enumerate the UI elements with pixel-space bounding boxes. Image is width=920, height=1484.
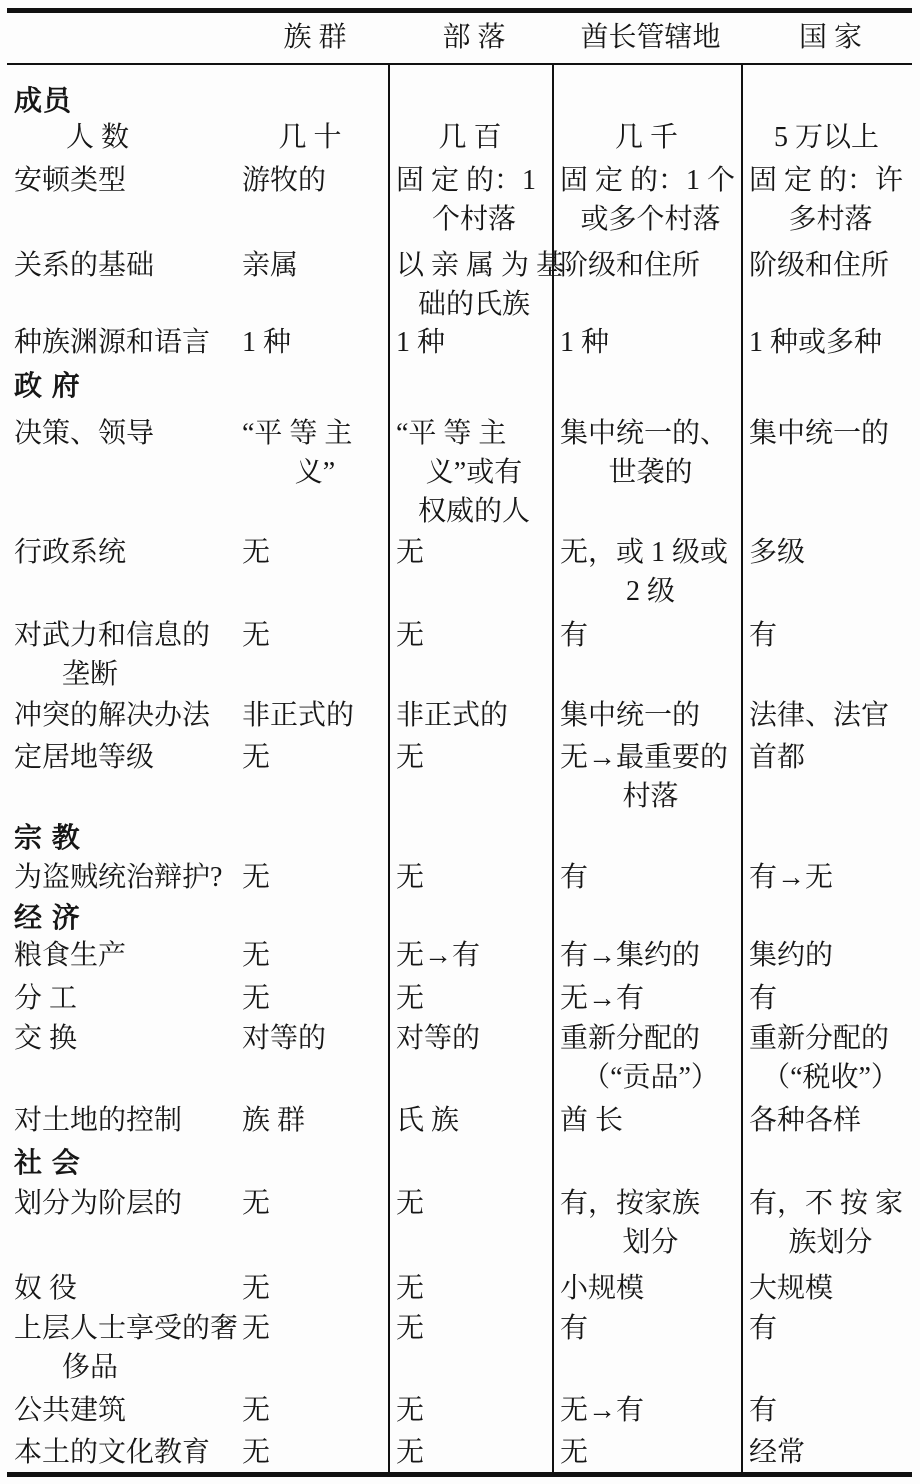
table-top-rule xyxy=(7,8,912,13)
section-label: 成员 xyxy=(14,81,232,120)
cell-tribe: 无 xyxy=(388,1391,552,1430)
table-row-settlement: 安顿类型 游牧的 固 定 的：1个村落 固 定 的：1 个或多个村落 固 定 的… xyxy=(14,161,912,239)
section-label: 经 济 xyxy=(14,898,232,937)
row-label: 决策、领导 xyxy=(14,414,232,531)
cell-tribe: 非正式的 xyxy=(388,696,552,735)
cell-tribe: 无 xyxy=(388,1184,552,1262)
table-row-conflict-resolution: 冲突的解决办法 非正式的 非正式的 集中统一的 法律、法官 xyxy=(14,696,912,735)
cell-state: 重新分配的（“税收”） xyxy=(741,1019,912,1097)
table-row-exchange: 交 换 对等的 对等的 重新分配的（“贡品”） 重新分配的（“税收”） xyxy=(14,1019,912,1097)
cell-tribe: 无 xyxy=(388,1309,552,1387)
table-row-indigenous-literacy: 本土的文化教育 无 无 无 经常 xyxy=(14,1433,912,1472)
cell-tribe: 1 种 xyxy=(388,323,552,362)
cell-state: 5 万以上 xyxy=(741,118,912,157)
cell-band: 对等的 xyxy=(232,1019,388,1097)
cell-tribe: 几 百 xyxy=(388,118,552,157)
cell-state: 大规模 xyxy=(741,1269,912,1308)
cell-tribe: 无 xyxy=(388,616,552,694)
table-row-monopoly-force: 对武力和信息的垄断 无 无 有 有 xyxy=(14,616,912,694)
cell-band: 无 xyxy=(232,1184,388,1262)
cell-chiefdom: 1 种 xyxy=(552,323,741,362)
cell-chiefdom: 无，或 1 级或2 级 xyxy=(552,533,741,611)
row-label: 人 数 xyxy=(14,118,232,157)
table-row-kleptocracy: 为盗贼统治辩护? 无 无 有 有→无 xyxy=(14,858,912,897)
cell-tribe: 无 xyxy=(388,1269,552,1308)
cell-tribe: 固 定 的：1个村落 xyxy=(388,161,552,239)
cell-state: 集约的 xyxy=(741,936,912,975)
cell-band: 无 xyxy=(232,979,388,1018)
comparison-table: 族 群 部 落 酋长管辖地 国 家 成员 人 数 几 十 几 百 几 千 5 万… xyxy=(0,0,920,1484)
cell-band: 无 xyxy=(232,616,388,694)
column-header-tribe: 部 落 xyxy=(388,18,552,57)
cell-tribe: 无 xyxy=(388,979,552,1018)
table-row-population: 人 数 几 十 几 百 几 千 5 万以上 xyxy=(14,118,912,157)
table-row-land-control: 对土地的控制 族 群 氏 族 酋 长 各种各样 xyxy=(14,1101,912,1140)
cell-tribe: 以 亲 属 为 基础的氏族 xyxy=(388,246,552,324)
cell-state: 有 xyxy=(741,1391,912,1430)
cell-tribe: 无 xyxy=(388,858,552,897)
cell-state: 固 定 的：许多村落 xyxy=(741,161,912,239)
cell-band: 非正式的 xyxy=(232,696,388,735)
cell-tribe: 对等的 xyxy=(388,1019,552,1097)
cell-band: 游牧的 xyxy=(232,161,388,239)
cell-band: 无 xyxy=(232,936,388,975)
cell-chiefdom: 固 定 的：1 个或多个村落 xyxy=(552,161,741,239)
cell-chiefdom: 有 xyxy=(552,1309,741,1387)
header-empty-cell xyxy=(14,18,232,57)
row-label: 划分为阶层的 xyxy=(14,1184,232,1262)
cell-chiefdom: 重新分配的（“贡品”） xyxy=(552,1019,741,1097)
table-row-decision-leadership: 决策、领导 “平 等 主义” “平 等 主义”或有权威的人 集中统一的、世袭的 … xyxy=(14,414,912,531)
section-label: 宗 教 xyxy=(14,818,232,857)
cell-chiefdom: 无→最重要的村落 xyxy=(552,738,741,816)
cell-tribe: 无 xyxy=(388,738,552,816)
section-label: 社 会 xyxy=(14,1143,232,1182)
cell-chiefdom: 有 xyxy=(552,616,741,694)
cell-tribe: 无→有 xyxy=(388,936,552,975)
row-label: 对土地的控制 xyxy=(14,1101,232,1140)
row-label: 奴 役 xyxy=(14,1269,232,1308)
cell-band: 几 十 xyxy=(232,118,388,157)
section-row-economy: 经 济 xyxy=(14,898,912,937)
cell-chiefdom: 酋 长 xyxy=(552,1101,741,1140)
cell-band: 无 xyxy=(232,1269,388,1308)
section-row-religion: 宗 教 xyxy=(14,818,912,857)
row-label: 分 工 xyxy=(14,979,232,1018)
cell-chiefdom: 有，按家族划分 xyxy=(552,1184,741,1262)
row-label: 行政系统 xyxy=(14,533,232,611)
header-separator-rule xyxy=(7,63,912,65)
section-row-government: 政 府 xyxy=(14,366,912,405)
cell-tribe: 无 xyxy=(388,1433,552,1472)
table-header-row: 族 群 部 落 酋长管辖地 国 家 xyxy=(14,18,912,57)
cell-state: 有 xyxy=(741,616,912,694)
cell-state: 经常 xyxy=(741,1433,912,1472)
cell-chiefdom: 阶级和住所 xyxy=(552,246,741,324)
cell-state: 法律、法官 xyxy=(741,696,912,735)
column-header-state: 国 家 xyxy=(741,18,912,57)
cell-chiefdom: 小规模 xyxy=(552,1269,741,1308)
row-label: 安顿类型 xyxy=(14,161,232,239)
cell-state: 集中统一的 xyxy=(741,414,912,531)
row-label: 粮食生产 xyxy=(14,936,232,975)
section-row-society: 社 会 xyxy=(14,1143,912,1182)
cell-chiefdom: 无→有 xyxy=(552,979,741,1018)
table-row-bureaucracy: 行政系统 无 无 无，或 1 级或2 级 多级 xyxy=(14,533,912,611)
row-label: 冲突的解决办法 xyxy=(14,696,232,735)
cell-tribe: 无 xyxy=(388,533,552,611)
cell-state: 各种各样 xyxy=(741,1101,912,1140)
cell-band: 无 xyxy=(232,1309,388,1387)
column-header-chiefdom: 酋长管辖地 xyxy=(552,18,741,57)
row-label: 公共建筑 xyxy=(14,1391,232,1430)
cell-band: 无 xyxy=(232,1433,388,1472)
row-label: 定居地等级 xyxy=(14,738,232,816)
cell-chiefdom: 集中统一的、世袭的 xyxy=(552,414,741,531)
table-row-stratified: 划分为阶层的 无 无 有，按家族划分 有，不 按 家族划分 xyxy=(14,1184,912,1262)
table-row-public-architecture: 公共建筑 无 无 无→有 有 xyxy=(14,1391,912,1430)
cell-state: 有 xyxy=(741,1309,912,1387)
table-row-slavery: 奴 役 无 无 小规模 大规模 xyxy=(14,1269,912,1308)
table-row-food-production: 粮食生产 无 无→有 有→集约的 集约的 xyxy=(14,936,912,975)
cell-state: 1 种或多种 xyxy=(741,323,912,362)
cell-band: 无 xyxy=(232,533,388,611)
row-label: 种族渊源和语言 xyxy=(14,323,232,362)
row-label: 关系的基础 xyxy=(14,246,232,324)
row-label: 交 换 xyxy=(14,1019,232,1097)
table-row-division-of-labor: 分 工 无 无 无→有 有 xyxy=(14,979,912,1018)
cell-tribe: “平 等 主义”或有权威的人 xyxy=(388,414,552,531)
cell-chiefdom: 无→有 xyxy=(552,1391,741,1430)
cell-band: “平 等 主义” xyxy=(232,414,388,531)
cell-chiefdom: 有 xyxy=(552,858,741,897)
cell-state: 阶级和住所 xyxy=(741,246,912,324)
cell-band: 亲属 xyxy=(232,246,388,324)
row-label: 上层人士享受的奢侈品 xyxy=(14,1309,232,1387)
row-label: 为盗贼统治辩护? xyxy=(14,858,232,897)
table-row-settlement-hierarchy: 定居地等级 无 无 无→最重要的村落 首都 xyxy=(14,738,912,816)
cell-chiefdom: 有→集约的 xyxy=(552,936,741,975)
cell-band: 无 xyxy=(232,738,388,816)
cell-chiefdom: 无 xyxy=(552,1433,741,1472)
cell-chiefdom: 几 千 xyxy=(552,118,741,157)
cell-state: 首都 xyxy=(741,738,912,816)
cell-band: 无 xyxy=(232,858,388,897)
table-bottom-rule xyxy=(7,1472,912,1477)
table-row-luxury-goods: 上层人士享受的奢侈品 无 无 有 有 xyxy=(14,1309,912,1387)
cell-state: 有，不 按 家族划分 xyxy=(741,1184,912,1262)
cell-band: 无 xyxy=(232,1391,388,1430)
cell-band: 族 群 xyxy=(232,1101,388,1140)
cell-state: 有→无 xyxy=(741,858,912,897)
section-label: 政 府 xyxy=(14,366,232,405)
table-row-ethnicity-language: 种族渊源和语言 1 种 1 种 1 种 1 种或多种 xyxy=(14,323,912,362)
cell-tribe: 氏 族 xyxy=(388,1101,552,1140)
row-label: 本土的文化教育 xyxy=(14,1433,232,1472)
row-label: 对武力和信息的垄断 xyxy=(14,616,232,694)
table-row-relationships: 关系的基础 亲属 以 亲 属 为 基础的氏族 阶级和住所 阶级和住所 xyxy=(14,246,912,324)
cell-chiefdom: 集中统一的 xyxy=(552,696,741,735)
cell-state: 有 xyxy=(741,979,912,1018)
column-header-band: 族 群 xyxy=(232,18,388,57)
cell-band: 1 种 xyxy=(232,323,388,362)
cell-state: 多级 xyxy=(741,533,912,611)
section-row-membership: 成员 xyxy=(14,81,912,120)
